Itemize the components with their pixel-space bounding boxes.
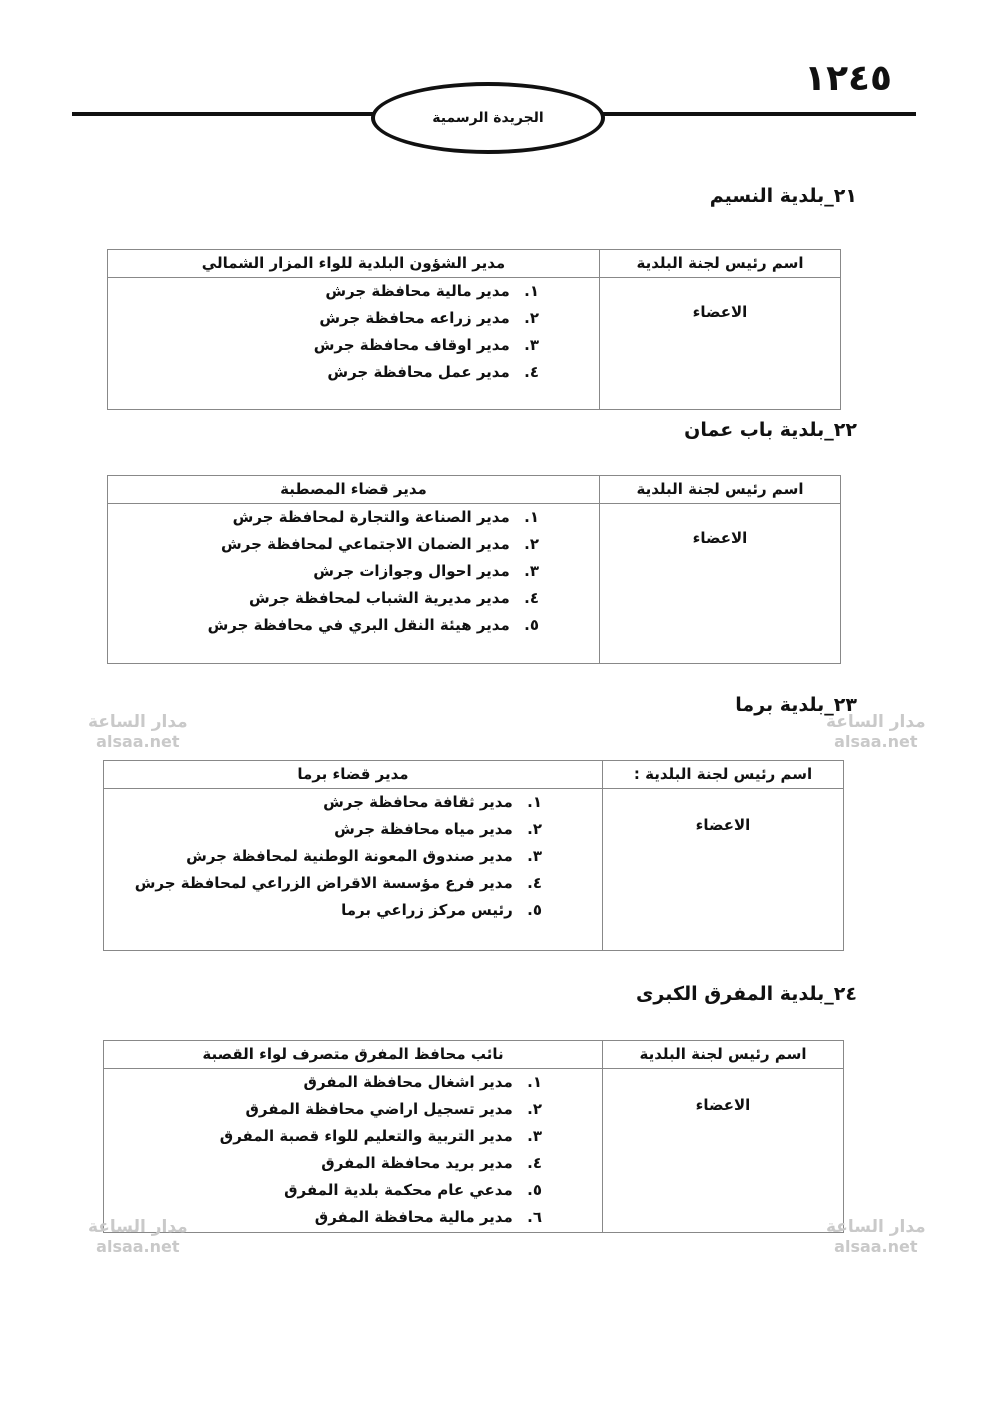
member-item: ٤. مدير عمل محافظة جرش	[108, 359, 539, 386]
chair-name: مدير الشؤون البلدية للواء المزار الشمالي	[108, 250, 600, 278]
members-label: الاعضاء	[603, 1069, 844, 1233]
members-row: الاعضاء ١. مدير الصناعة والتجارة لمحافظة…	[108, 504, 841, 664]
member-item: ١. مدير ثقافة محافظة جرش	[104, 789, 542, 816]
chair-label: اسم رئيس لجنة البلدية	[600, 476, 841, 504]
member-item: ٤. مدير فرع مؤسسة الاقراض الزراعي لمحافظ…	[104, 870, 542, 897]
members-list: ١. مدير اشغال محافظة المفرق ٢. مدير تسجي…	[104, 1069, 603, 1233]
section-title-23: ٢٣_بلدية برما	[735, 694, 857, 716]
member-item: ١. مدير اشغال محافظة المفرق	[104, 1069, 542, 1096]
members-list: ١. مدير الصناعة والتجارة لمحافظة جرش ٢. …	[108, 504, 600, 664]
member-item: ٢. مدير الضمان الاجتماعي لمحافظة جرش	[108, 531, 539, 558]
member-item: ٢. مدير زراعه محافظة جرش	[108, 305, 539, 332]
watermark: مدار الساعةalsaa.net	[88, 712, 188, 752]
chair-label: اسم رئيس لجنة البلدية	[600, 250, 841, 278]
section-title-21: ٢١_بلدية النسيم	[710, 185, 857, 207]
member-item: ٥. مدير هيئة النقل البري في محافظة جرش	[108, 612, 539, 639]
committee-table-22: اسم رئيس لجنة البلدية مدير قضاء المصطبة …	[107, 475, 841, 664]
watermark: مدار الساعةalsaa.net	[826, 712, 926, 752]
publication-title: الجريدة الرسمية	[432, 110, 543, 126]
chair-name: مدير قضاء برما	[104, 761, 603, 789]
member-item: ٥. رئيس مركز زراعي برما	[104, 897, 542, 924]
page-number: ١٢٤٥	[804, 58, 892, 99]
member-item: ١. مدير مالية محافظة جرش	[108, 278, 539, 305]
members-label: الاعضاء	[603, 789, 844, 951]
members-list: ١. مدير مالية محافظة جرش ٢. مدير زراعه م…	[108, 278, 600, 410]
committee-table-23: اسم رئيس لجنة البلدية : مدير قضاء برما ا…	[103, 760, 844, 951]
member-item: ٣. مدير اوقاف محافظة جرش	[108, 332, 539, 359]
member-item: ٣. مدير احوال وجوازات جرش	[108, 558, 539, 585]
member-item: ٢. مدير تسجيل اراضي محافظة المفرق	[104, 1096, 542, 1123]
chair-name: مدير قضاء المصطبة	[108, 476, 600, 504]
committee-table-21: اسم رئيس لجنة البلدية مدير الشؤون البلدي…	[107, 249, 841, 410]
member-item: ٢. مدير مياه محافظة جرش	[104, 816, 542, 843]
chair-label: اسم رئيس لجنة البلدية :	[603, 761, 844, 789]
members-label: الاعضاء	[600, 278, 841, 410]
member-item: ٣. مدير صندوق المعونة الوطنية لمحافظة جر…	[104, 843, 542, 870]
chair-row: اسم رئيس لجنة البلدية نائب محافظ المفرق …	[104, 1041, 844, 1069]
member-item: ١. مدير الصناعة والتجارة لمحافظة جرش	[108, 504, 539, 531]
chair-row: اسم رئيس لجنة البلدية مدير قضاء المصطبة	[108, 476, 841, 504]
section-title-22: ٢٢_بلدية باب عمان	[684, 419, 857, 441]
members-row: الاعضاء ١. مدير مالية محافظة جرش ٢. مدير…	[108, 278, 841, 410]
section-title-24: ٢٤_بلدية المفرق الكبرى	[636, 983, 857, 1005]
member-item: ٣. مدير التربية والتعليم للواء قصبة المف…	[104, 1123, 542, 1150]
member-item: ٤. مدير بريد محافظة المفرق	[104, 1150, 542, 1177]
member-item: ٦. مدير مالية محافظة المفرق	[104, 1204, 542, 1231]
members-row: الاعضاء ١. مدير اشغال محافظة المفرق ٢. م…	[104, 1069, 844, 1233]
committee-table-24: اسم رئيس لجنة البلدية نائب محافظ المفرق …	[103, 1040, 844, 1233]
publication-title-oval: الجريدة الرسمية	[371, 82, 605, 154]
member-item: ٥. مدعي عام محكمة بلدية المفرق	[104, 1177, 542, 1204]
chair-row: اسم رئيس لجنة البلدية : مدير قضاء برما	[104, 761, 844, 789]
members-row: الاعضاء ١. مدير ثقافة محافظة جرش ٢. مدير…	[104, 789, 844, 951]
chair-name: نائب محافظ المفرق متصرف لواء القصبة	[104, 1041, 603, 1069]
chair-row: اسم رئيس لجنة البلدية مدير الشؤون البلدي…	[108, 250, 841, 278]
members-label: الاعضاء	[600, 504, 841, 664]
member-item: ٤. مدير مديرية الشباب لمحافظة جرش	[108, 585, 539, 612]
members-list: ١. مدير ثقافة محافظة جرش ٢. مدير مياه مح…	[104, 789, 603, 951]
chair-label: اسم رئيس لجنة البلدية	[603, 1041, 844, 1069]
